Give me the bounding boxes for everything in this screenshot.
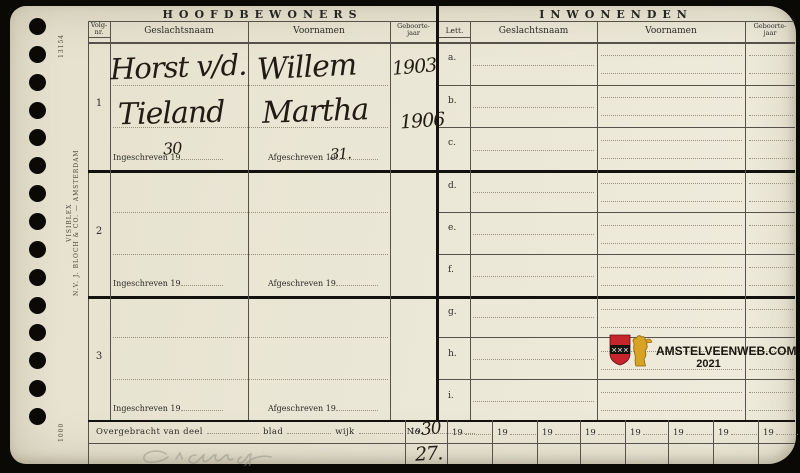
punch-hole — [29, 102, 46, 119]
entry-line — [473, 150, 594, 151]
svg-text:✕✕✕: ✕✕✕ — [611, 347, 629, 355]
register-card: 13154 VISIBLEX N.V. J. BLOCH & CO. — AMS… — [10, 6, 796, 464]
entry-line — [749, 115, 793, 116]
entry-line — [601, 183, 742, 184]
header-bottom-rule — [88, 42, 795, 44]
year-cell-label: 19 — [585, 428, 596, 438]
afgeschreven-label-row2: Afgeschreven 19 — [268, 278, 378, 288]
year-cell-label: 19 — [497, 428, 508, 438]
entry-line — [601, 158, 742, 159]
section-title-inwonenden: INWONENDEN — [437, 8, 795, 21]
watermark-year: 2021 — [656, 358, 761, 370]
entry-line — [749, 267, 793, 268]
dotted-leader — [643, 427, 667, 435]
table-top-rule — [88, 21, 794, 22]
transfer-label-wijk: wijk — [335, 427, 354, 437]
year-cell-label: 19 — [763, 428, 774, 438]
entry-line — [601, 309, 742, 310]
letter-row-rule — [439, 212, 795, 213]
name-line — [113, 379, 388, 380]
year-cell: 19 — [497, 427, 536, 438]
header-right-geslachtsnaam: Geslachtsnaam — [470, 26, 597, 36]
block-divider-rule-2 — [88, 296, 795, 299]
entry-line — [473, 234, 594, 235]
pencil-signature — [138, 444, 368, 466]
letter-row-rule — [439, 254, 795, 255]
letter-row-rule — [439, 379, 795, 380]
column-rule-right-voornamen — [597, 21, 598, 420]
entry-line — [749, 55, 793, 56]
dotted-leader — [686, 427, 712, 435]
name-line — [113, 212, 388, 213]
section-title-hoofdbewoners: HOOFDBEWONERS — [88, 8, 437, 21]
letter-row-label-g: g. — [448, 307, 457, 317]
entry-line — [601, 201, 742, 202]
bottom-cell-rule — [758, 420, 759, 464]
ingeschreven-text: Ingeschreven 19 — [113, 279, 181, 288]
letter-row-rule — [439, 127, 795, 128]
name-line — [113, 337, 388, 338]
header-volgnr: Volg- nr. — [88, 22, 110, 36]
entry-line — [749, 327, 793, 328]
table-left-rule — [88, 21, 89, 464]
dotted-leader — [555, 427, 579, 435]
name-line — [113, 254, 388, 255]
entry-line — [749, 243, 793, 244]
punch-hole — [29, 408, 46, 425]
letter-row-label-h: h. — [448, 349, 457, 359]
punch-hole — [29, 129, 46, 146]
handwritten-surname-1: Horst v/d. — [109, 48, 246, 87]
afgeschreven-text: Afgeschreven 19 — [268, 404, 336, 413]
ingeschreven-label-row2: Ingeschreven 19 — [113, 278, 223, 288]
letter-row-label-b: b. — [448, 96, 457, 106]
entry-line — [749, 73, 793, 74]
entry-line — [601, 140, 742, 141]
card-serial-number: 13154 — [58, 34, 65, 58]
year-cell: 19 — [673, 427, 712, 438]
entry-line — [749, 201, 793, 202]
name-line — [113, 85, 388, 86]
volgnr-header-underline — [88, 37, 110, 38]
year-cell-label: 19 — [542, 428, 553, 438]
entry-line — [473, 317, 594, 318]
dotted-leader — [510, 427, 536, 435]
dotted-leader — [731, 427, 757, 435]
bottom-cell-rule — [668, 420, 669, 464]
punch-hole — [29, 74, 46, 91]
block-divider-rule-1 — [88, 170, 795, 173]
dotted-leader — [181, 278, 223, 286]
header-right-geboortejaar: Geboorte- jaar — [745, 23, 795, 37]
bottom-cell-rule — [713, 420, 714, 464]
header-left-geboortejaar: Geboorte- jaar — [390, 23, 437, 37]
punch-hole — [29, 297, 46, 314]
printer-brand: VISIBLEX N.V. J. BLOCH & CO. — AMSTERDAM — [66, 149, 80, 296]
punch-hole — [29, 324, 46, 341]
year-cell: 19 — [542, 427, 579, 438]
row-number-3: 3 — [88, 351, 110, 362]
header-right-geboortejaar-line2: jaar — [745, 30, 795, 37]
header-left-geslachtsnaam: Geslachtsnaam — [110, 26, 248, 36]
handwritten-afgeschreven-year: 31. — [330, 144, 352, 163]
header-left-geboortejaar-line2: jaar — [390, 30, 437, 37]
bottom-cell-rule — [492, 420, 493, 464]
punch-hole — [29, 18, 46, 35]
dotted-leader — [776, 427, 798, 435]
afgeschreven-label-row1: Afgeschreven 19 — [268, 152, 378, 162]
dotted-leader — [287, 426, 331, 434]
dotted-leader — [181, 152, 223, 160]
bottom-cell-rule — [580, 420, 581, 464]
dotted-leader — [465, 427, 491, 435]
scanned-register-card-page: 13154 VISIBLEX N.V. J. BLOCH & CO. — AMS… — [0, 0, 800, 473]
handwritten-birthyear-1: 1903 — [391, 54, 437, 80]
bottom-cell-rule — [625, 420, 626, 464]
lett-header-underline — [439, 37, 470, 38]
entry-line — [749, 225, 793, 226]
dotted-leader — [336, 278, 378, 286]
dotted-leader — [598, 427, 624, 435]
letter-row-label-c: c. — [448, 138, 456, 148]
punch-hole — [29, 352, 46, 369]
letter-row-label-d: d. — [448, 181, 457, 191]
entry-line — [473, 192, 594, 193]
punch-hole — [29, 185, 46, 202]
entry-line — [473, 401, 594, 402]
letter-row-label-e: e. — [448, 223, 456, 233]
handwritten-birthyear-2: 1906 — [399, 108, 445, 133]
dotted-leader — [207, 426, 259, 434]
entry-line — [473, 359, 594, 360]
entry-line — [473, 276, 594, 277]
card-stock-number: 1000 — [58, 423, 65, 442]
punch-hole — [29, 269, 46, 286]
ingeschreven-label-row3: Ingeschreven 19 — [113, 403, 223, 413]
year-cell-label: 19 — [718, 428, 729, 438]
year-cell: 19 — [630, 427, 667, 438]
entry-line — [749, 410, 793, 411]
entry-line — [749, 285, 793, 286]
header-volgnr-line2: nr. — [88, 29, 110, 36]
entry-line — [601, 243, 742, 244]
entry-line — [601, 392, 742, 393]
punch-hole — [29, 157, 46, 174]
entry-line — [749, 392, 793, 393]
letter-row-rule — [439, 85, 795, 86]
bottom-cell-rule — [537, 420, 538, 464]
entry-line — [473, 107, 594, 108]
entry-line — [601, 410, 742, 411]
entry-line — [749, 140, 793, 141]
entry-line — [601, 55, 742, 56]
entry-line — [601, 73, 742, 74]
watermark-site: AMSTELVEENWEB.COM — [656, 344, 796, 358]
transfer-label-deel: Overgebracht van deel — [96, 427, 203, 437]
punch-hole — [29, 213, 46, 230]
header-right-voornamen: Voornamen — [597, 26, 745, 36]
row-number-2: 2 — [88, 226, 110, 237]
letter-row-label-i: i. — [448, 391, 454, 401]
header-lett: Lett. — [439, 26, 470, 35]
entry-line — [601, 285, 742, 286]
entry-line — [473, 65, 594, 66]
entry-line — [601, 327, 742, 328]
year-cell: 19 — [763, 427, 798, 438]
row-number-1: 1 — [88, 98, 110, 109]
afgeschreven-text: Afgeschreven 19 — [268, 279, 336, 288]
printer-company: N.V. J. BLOCH & CO. — AMSTERDAM — [73, 149, 80, 296]
header-left-voornamen: Voornamen — [248, 26, 390, 36]
handwritten-year-30: 30 — [420, 418, 442, 440]
transfer-label-blad: blad — [263, 427, 283, 437]
punch-hole — [29, 380, 46, 397]
handwritten-firstname-1: Willem — [256, 47, 357, 87]
handwritten-ingeschreven-year: 30 — [162, 138, 182, 158]
punch-hole — [29, 46, 46, 63]
punch-hole — [29, 241, 46, 258]
entry-line — [749, 309, 793, 310]
ingeschreven-text: Ingeschreven 19 — [113, 404, 181, 413]
column-rule-right-geslachtsnaam — [470, 21, 471, 420]
column-rule-left-voornamen — [248, 21, 249, 420]
first-year-cell-printed: 19 — [410, 427, 421, 437]
year-cell: 19 — [585, 427, 624, 438]
column-rule-left-geboortejaar — [390, 21, 391, 420]
afgeschreven-text: Afgeschreven 19 — [268, 153, 336, 162]
dotted-leader — [336, 403, 378, 411]
letter-row-label-f: f. — [448, 265, 454, 275]
handwritten-firstname-2: Martha — [261, 92, 368, 131]
entry-line — [749, 183, 793, 184]
year-cell-label: 19 — [630, 428, 641, 438]
letter-row-label-a: a. — [448, 53, 456, 63]
printer-brand-name: VISIBLEX — [66, 149, 73, 296]
entry-line — [601, 97, 742, 98]
dotted-leader — [181, 403, 223, 411]
entry-line — [749, 158, 793, 159]
entry-line — [601, 225, 742, 226]
dotted-leader — [359, 426, 403, 434]
year-cell: 19 — [452, 427, 491, 438]
handwritten-surname-2: Tieland — [118, 95, 225, 133]
entry-line — [601, 267, 742, 268]
golden-lion-icon — [628, 332, 654, 368]
year-cell-label: 19 — [673, 428, 684, 438]
entry-line — [601, 115, 742, 116]
afgeschreven-label-row3: Afgeschreven 19 — [268, 403, 378, 413]
handwritten-number-27: 27. — [414, 442, 442, 465]
bottom-strip-top-rule — [88, 420, 795, 422]
year-cell: 19 — [718, 427, 757, 438]
year-cell-label: 19 — [452, 428, 463, 438]
entry-line — [749, 97, 793, 98]
